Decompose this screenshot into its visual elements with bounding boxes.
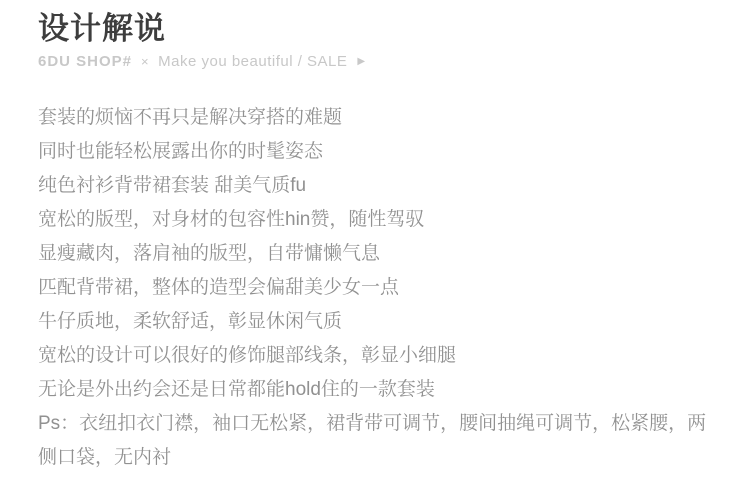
- description-line: 套装的烦恼不再只是解决穿搭的难题: [38, 101, 718, 135]
- design-commentary-section: 设计解说 6DU SHOP# × Make you beautiful / SA…: [0, 0, 750, 498]
- description-line: 显瘦藏肉，落肩袖的版型，自带慵懒气息: [38, 237, 718, 271]
- description-line: 无论是外出约会还是日常都能hold住的一款套装: [38, 373, 718, 407]
- description-line: 侧口袋，无内衬: [38, 441, 718, 475]
- description-line: 宽松的版型，对身材的包容性hin赞，随性驾驭: [38, 203, 718, 237]
- section-header: 设计解说 6DU SHOP# × Make you beautiful / SA…: [38, 10, 714, 71]
- description-line: 同时也能轻松展露出你的时髦姿态: [38, 135, 718, 169]
- brand-name: 6DU SHOP#: [38, 53, 132, 71]
- arrow-right-icon: ▶: [357, 53, 365, 71]
- description-line: 宽松的设计可以很好的修饰腿部线条，彰显小细腿: [38, 339, 718, 373]
- subtitle: 6DU SHOP# × Make you beautiful / SALE ▶: [38, 53, 714, 71]
- description-line: 纯色衬衫背带裙套装 甜美气质fu: [38, 169, 718, 203]
- multiply-separator: ×: [141, 53, 149, 71]
- page-title: 设计解说: [38, 10, 714, 48]
- product-description: 套装的烦恼不再只是解决穿搭的难题同时也能轻松展露出你的时髦姿态纯色衬衫背带裙套装…: [38, 101, 718, 475]
- description-line: 匹配背带裙，整体的造型会偏甜美少女一点: [38, 271, 718, 305]
- tagline: Make you beautiful / SALE: [158, 53, 347, 71]
- description-line: Ps：衣纽扣衣门襟，袖口无松紧，裙背带可调节，腰间抽绳可调节，松紧腰，两: [38, 407, 718, 441]
- description-line: 牛仔质地，柔软舒适，彰显休闲气质: [38, 305, 718, 339]
